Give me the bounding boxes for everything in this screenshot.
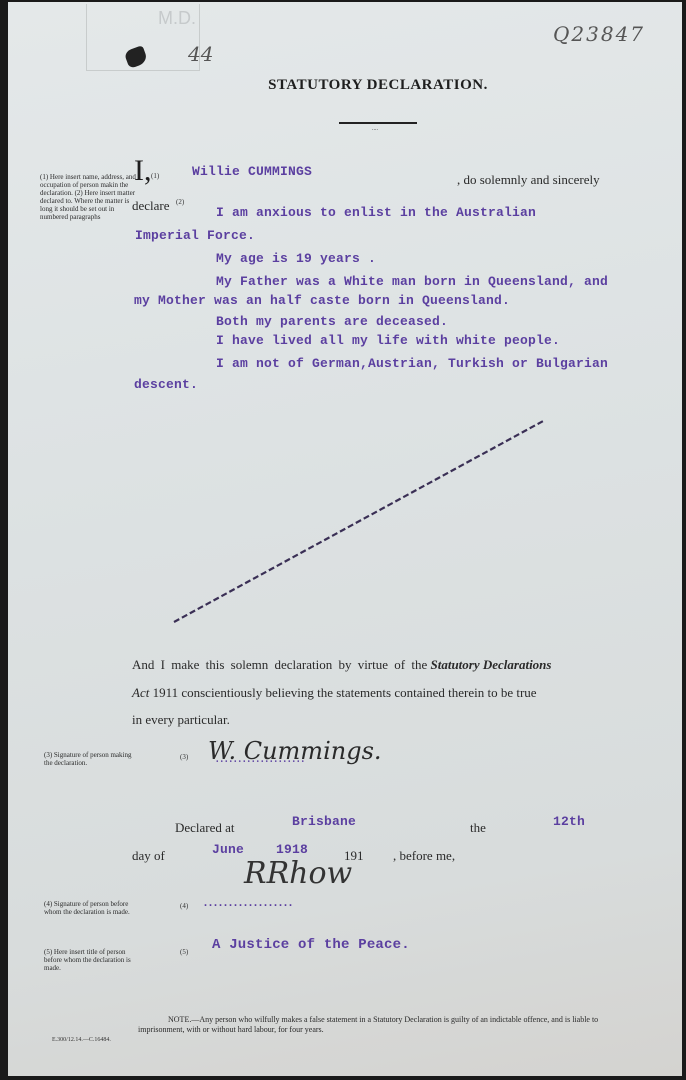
witness-title: A Justice of the Peace.: [212, 937, 410, 953]
declared-at-label: Declared at: [175, 820, 235, 836]
act-name: Statutory Declarations: [430, 657, 551, 672]
declared-day: 12th: [553, 814, 585, 829]
declared-month: June: [212, 842, 244, 857]
declared-place: Brisbane: [292, 814, 356, 829]
solemn-line-1: And I make this solemn declaration by vi…: [132, 657, 628, 673]
form-code: E.300/12.14.—C.16484.: [52, 1037, 111, 1043]
witness-signature: RRhow: [244, 856, 352, 891]
solemn-line-2: Act 1911 conscientiously believing the s…: [132, 685, 628, 701]
marker-5: (5): [180, 948, 188, 956]
day-of-label: day of: [132, 848, 165, 864]
footer-note: NOTE.—Any person who wilfully makes a fa…: [138, 1015, 628, 1035]
marker-4: (4): [180, 902, 188, 910]
declaration-page: M.D. 44 Q23847 STATUTORY DECLARATION. ..…: [8, 2, 682, 1076]
declarant-signature-dots: ....................: [216, 754, 306, 765]
before-me-label: , before me,: [393, 848, 455, 864]
witness-signature-dots: ..................: [204, 895, 294, 910]
solemn-line-1-text: And I make this solemn declaration by vi…: [132, 657, 427, 672]
act-label: Act: [132, 685, 149, 700]
the-label: the: [470, 820, 486, 836]
margin-note-5: (5) Here insert title of person before w…: [44, 948, 134, 972]
footer-note-label: NOTE.: [168, 1015, 191, 1024]
declared-year: 1918: [276, 842, 308, 857]
margin-note-4: (4) Signature of person before whom the …: [44, 900, 134, 916]
solemn-line-2-text: 1911 conscientiously believing the state…: [153, 685, 537, 700]
margin-note-3: (3) Signature of person making the decla…: [44, 751, 134, 767]
footer-note-text: —Any person who wilfully makes a false s…: [138, 1015, 598, 1034]
solemn-line-3: in every particular.: [132, 712, 230, 728]
marker-3: (3): [180, 753, 188, 761]
